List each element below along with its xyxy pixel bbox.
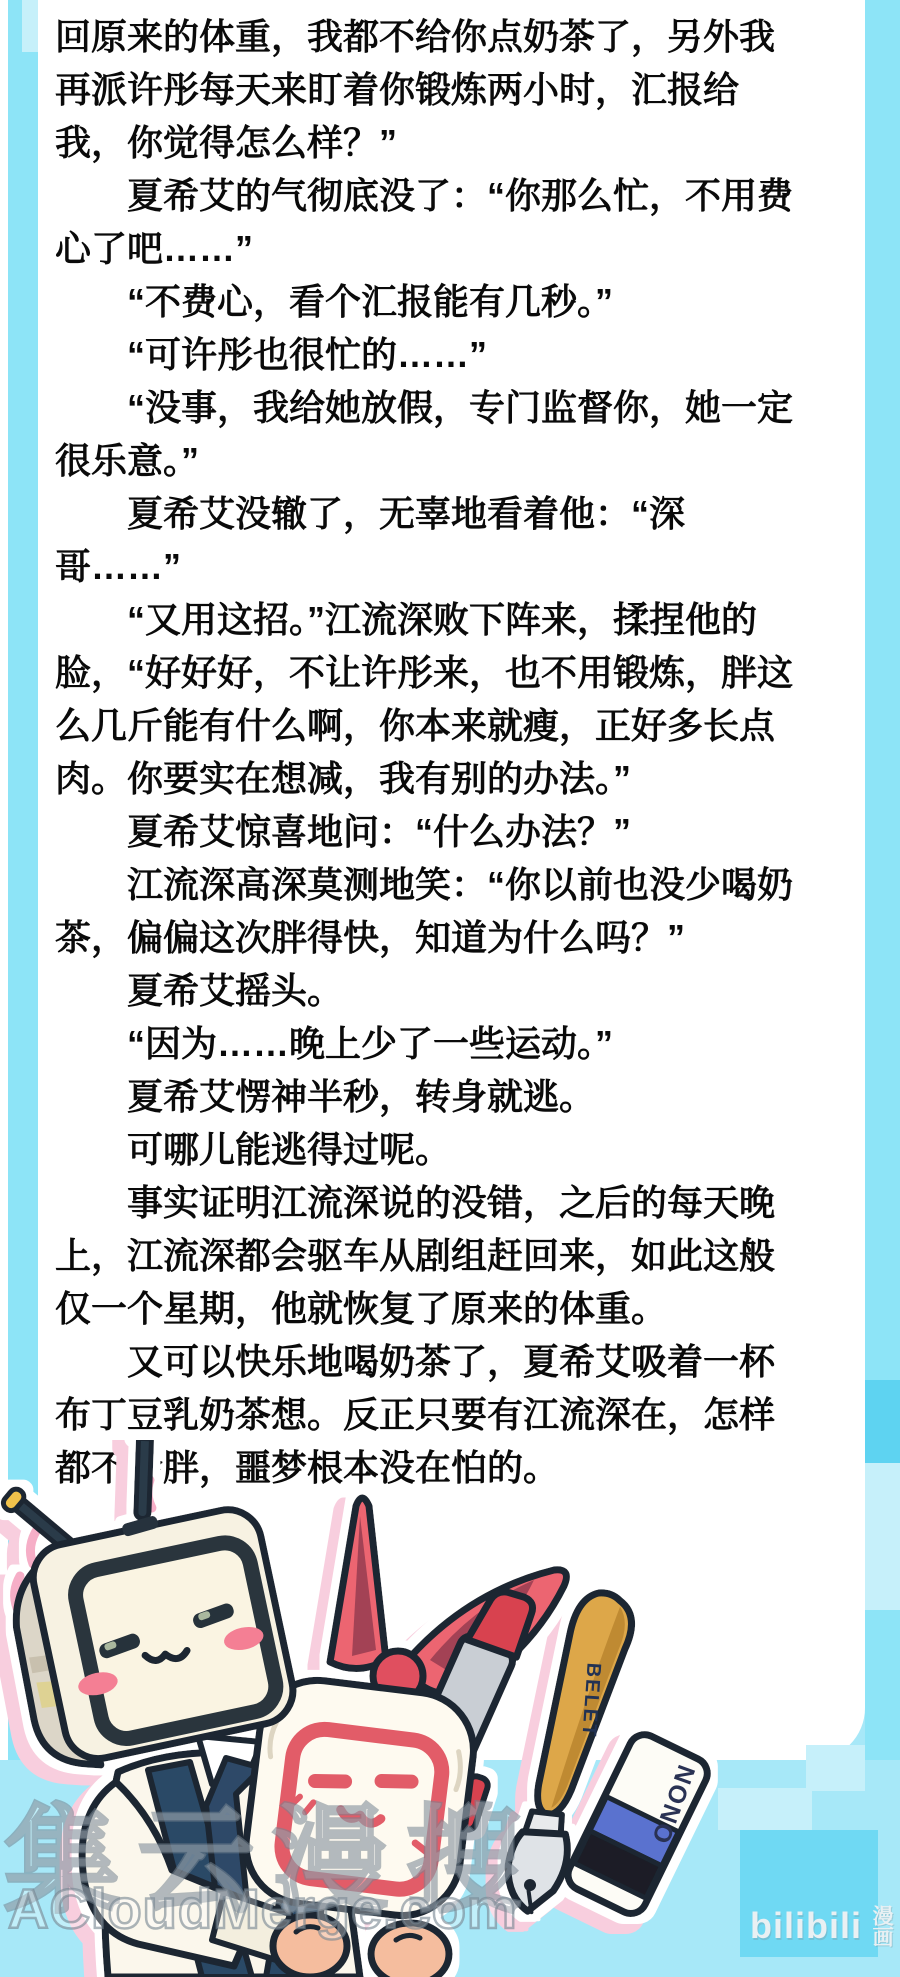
- bilibili-manga-logo: bilibili 漫画: [750, 1905, 893, 1947]
- story-paragraph: “又用这招。”江流深败下阵来，揉捏他的脸，“好好好，不让许彤来，也不用锻炼，胖这…: [55, 593, 809, 805]
- story-paragraph: 江流深高深莫测地笑：“你以前也没少喝奶茶，偏偏这次胖得快，知道为什么吗？”: [55, 858, 809, 964]
- story-paragraph: 夏希艾没辙了，无辜地看着他：“深哥……”: [55, 487, 809, 593]
- story-paragraph: 夏希艾愣神半秒，转身就逃。: [55, 1070, 809, 1123]
- manga-reader-page[interactable]: 回原来的体重，我都不给你点奶茶了，另外我再派许彤每天来盯着你锻炼两小时，汇报给我…: [0, 0, 900, 1977]
- tv-head: [0, 1440, 300, 1777]
- bilibili-logo-text: bilibili: [750, 1905, 862, 1947]
- watermark-url: ACloudMerge.com: [8, 1876, 708, 1941]
- story-paragraph: 夏希艾摇头。: [55, 964, 809, 1017]
- story-paragraph: “可许彤也很忙的……”: [55, 328, 809, 381]
- bilibili-logo-manhua-text: 漫画: [870, 1905, 893, 1947]
- story-paragraph: 夏希艾的气彻底没了：“你那么忙，不用费心了吧……”: [55, 169, 809, 275]
- story-paragraph: “没事，我给她放假，专门监督你，她一定很乐意。”: [55, 381, 809, 487]
- story-paragraph: 可哪儿能逃得过呢。: [55, 1123, 809, 1176]
- story-paragraph: “因为……晚上少了一些运动。”: [55, 1017, 809, 1070]
- story-paragraph: 回原来的体重，我都不给你点奶茶了，另外我再派许彤每天来盯着你锻炼两小时，汇报给我…: [55, 10, 809, 169]
- story-paragraph: “不费心，看个汇报能有几秒。”: [55, 275, 809, 328]
- story-paragraph: 事实证明江流深说的没错，之后的每天晚上，江流深都会驱车从剧组赶回来，如此这般仅一…: [55, 1176, 809, 1335]
- story-paragraph: 夏希艾惊喜地问：“什么办法？”: [55, 805, 809, 858]
- deco-tab-top-left: [22, 0, 38, 52]
